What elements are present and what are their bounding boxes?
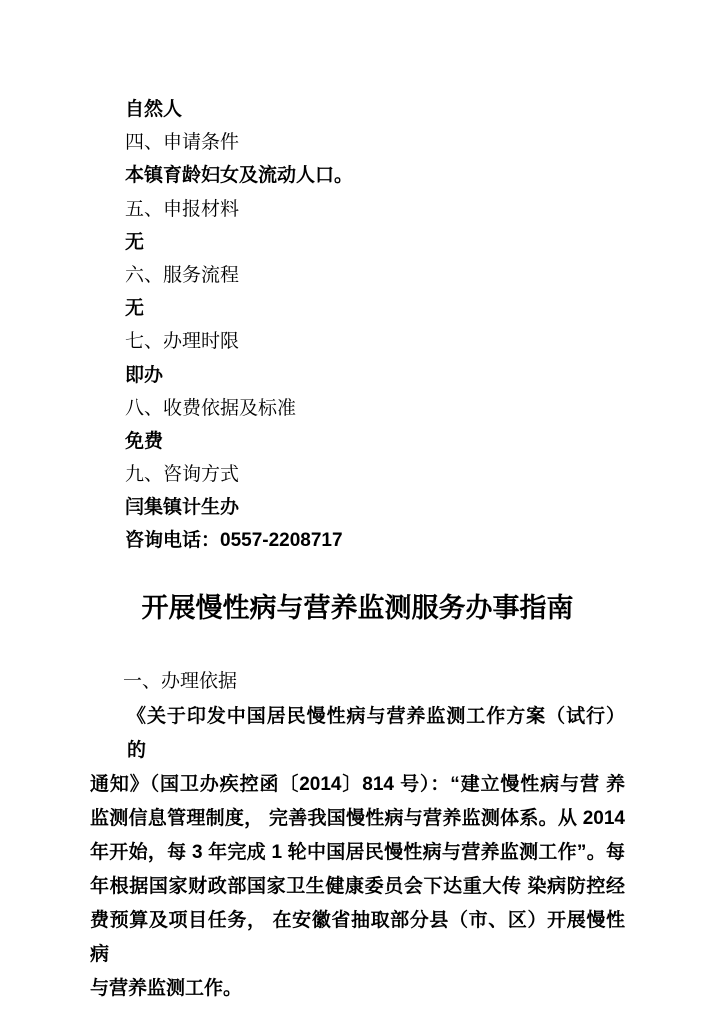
contact-phone: 咨询电话：0557-2208717 — [125, 524, 625, 557]
list-value: 即办 — [125, 359, 625, 392]
list-heading: 五、申报材料 — [125, 193, 625, 226]
paragraph-line: 通知》（国卫办疾控函〔2014〕814 号）：“建立慢性病与营 养 — [90, 768, 625, 802]
list-value: 自然人 — [125, 93, 625, 126]
paragraph-line: 《关于印发中国居民慢性病与营养监测工作方案（试行） 的 — [90, 700, 625, 768]
list-value: 无 — [125, 292, 625, 325]
paragraph-line: 费预算及项目任务， 在安徽省抽取部分县（市、区）开展慢性病 — [90, 904, 625, 972]
section-heading: 一、办理依据 — [123, 665, 237, 698]
list-heading: 七、办理时限 — [125, 325, 625, 358]
document-page: 自然人 四、申请条件 本镇育龄妇女及流动人口。 五、申报材料 无 六、服务流程 … — [0, 0, 715, 1011]
paragraph-line: 与营养监测工作。 — [90, 972, 625, 1006]
list-value: 闫集镇计生办 — [125, 491, 625, 524]
service-guide-list: 自然人 四、申请条件 本镇育龄妇女及流动人口。 五、申报材料 无 六、服务流程 … — [125, 93, 625, 558]
paragraph-line: 监测信息管理制度， 完善我国慢性病与营养监测体系。从 2014 — [90, 802, 625, 836]
list-heading: 四、申请条件 — [125, 126, 625, 159]
list-heading: 九、咨询方式 — [125, 458, 625, 491]
list-value: 免费 — [125, 425, 625, 458]
list-heading: 八、收费依据及标准 — [125, 392, 625, 425]
list-value: 本镇育龄妇女及流动人口。 — [125, 159, 625, 192]
paragraph-line: 年根据国家财政部国家卫生健康委员会下达重大传 染病防控经 — [90, 870, 625, 904]
basis-paragraph: 《关于印发中国居民慢性病与营养监测工作方案（试行） 的 通知》（国卫办疾控函〔2… — [90, 700, 625, 1006]
paragraph-line: 年开始，每 3 年完成 1 轮中国居民慢性病与营养监测工作”。每 — [90, 836, 625, 870]
page-title: 开展慢性病与营养监测服务办事指南 — [0, 588, 715, 628]
list-heading: 六、服务流程 — [125, 259, 625, 292]
list-value: 无 — [125, 226, 625, 259]
